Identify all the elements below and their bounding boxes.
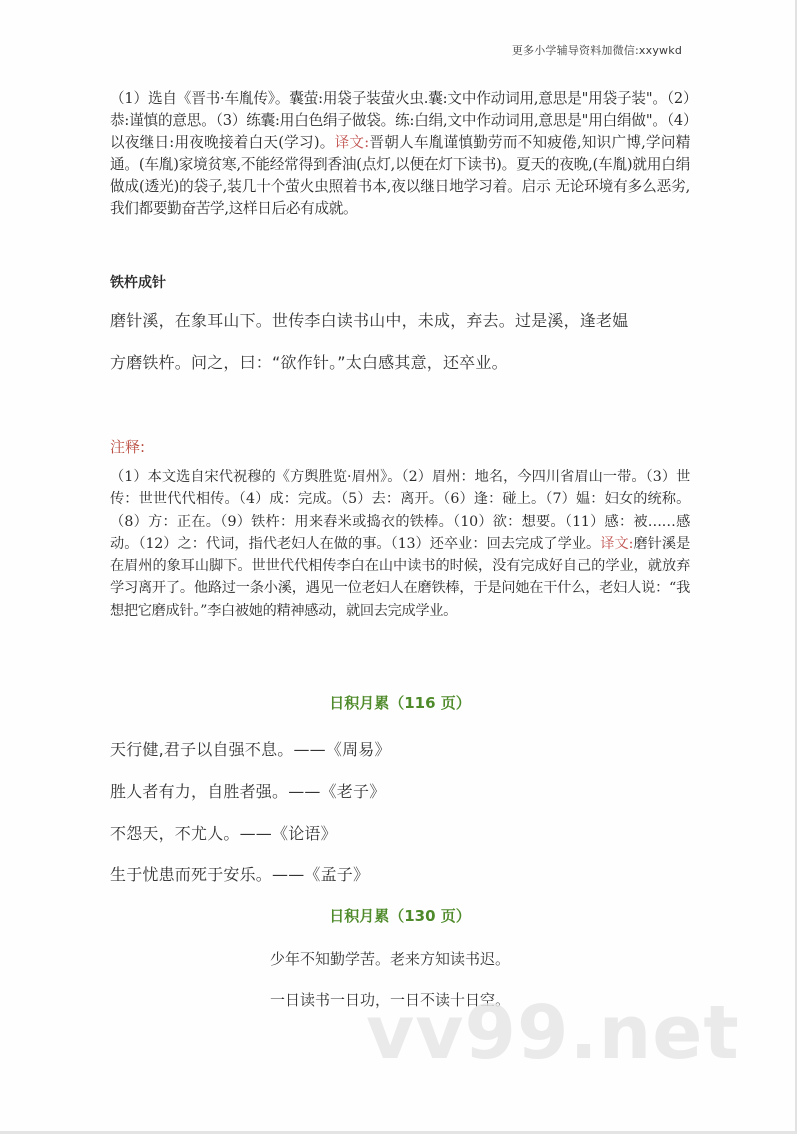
section116-quote-3: 不怨天，不尤人。——《论语》 <box>110 821 690 844</box>
passage2-notes-label: 注释: <box>110 438 145 456</box>
passage2-line: 磨针溪，在象耳山下。世传李白读书山中，未成，弃去。过是溪，逢老媪 <box>110 308 690 331</box>
passage2-notes-label-block: 注释: <box>110 436 690 457</box>
passage2-text-line-1: 磨针溪，在象耳山下。世传李白读书山中，未成，弃去。过是溪，逢老媪 <box>110 308 690 331</box>
section116-quote-1: 天行健,君子以自强不息。——《周易》 <box>110 737 690 760</box>
passage1-notes-block: （1）选自《晋书·车胤传》。囊萤:用袋子装萤火虫.囊:文中作动词用,意思是"用袋… <box>110 88 690 220</box>
passage2-title-block: 铁杵成针 <box>110 272 690 292</box>
quote-line: 不怨天，不尤人。——《论语》 <box>110 821 690 844</box>
section116-title: 日积月累（116 页） <box>0 692 800 713</box>
section116-quote-4: 生于忧患而死于安乐。——《孟子》 <box>110 862 690 885</box>
quote-line: 天行健,君子以自强不息。——《周易》 <box>110 737 690 760</box>
passage2-notes-paragraph: （1）本文选自宋代祝穆的《方舆胜览·眉州》。（2）眉州：地名，今四川省眉山一带。… <box>110 466 690 622</box>
header-note: 更多小学辅导资料加微信:xxywkd <box>512 42 682 58</box>
watermark-text: vv99.net <box>366 990 740 1076</box>
quote-line: 胜人者有力，自胜者强。——《老子》 <box>110 779 690 802</box>
passage2-title: 铁杵成针 <box>110 272 690 292</box>
passage2-translation-label: 译文: <box>600 536 633 552</box>
passage2-notes-block: （1）本文选自宋代祝穆的《方舆胜览·眉州》。（2）眉州：地名，今四川省眉山一带。… <box>110 466 690 622</box>
section130-line-1: 少年不知勤学苦。老来方知读书迟。 <box>0 948 780 969</box>
document-page: 更多小学辅导资料加微信:xxywkd （1）选自《晋书·车胤传》。囊萤:用袋子装… <box>0 0 797 1134</box>
passage2-text-line-2: 方磨铁杵。问之，曰：“欲作针。”太白感其意，还卒业。 <box>110 350 690 373</box>
quote-line: 生于忧患而死于安乐。——《孟子》 <box>110 862 690 885</box>
passage1-notes-paragraph: （1）选自《晋书·车胤传》。囊萤:用袋子装萤火虫.囊:文中作动词用,意思是"用袋… <box>110 88 690 220</box>
passage1-translation-label: 译文: <box>335 134 369 151</box>
section116-quote-2: 胜人者有力，自胜者强。——《老子》 <box>110 779 690 802</box>
section130-title: 日积月累（130 页） <box>0 905 800 926</box>
passage2-line: 方磨铁杵。问之，曰：“欲作针。”太白感其意，还卒业。 <box>110 350 690 373</box>
